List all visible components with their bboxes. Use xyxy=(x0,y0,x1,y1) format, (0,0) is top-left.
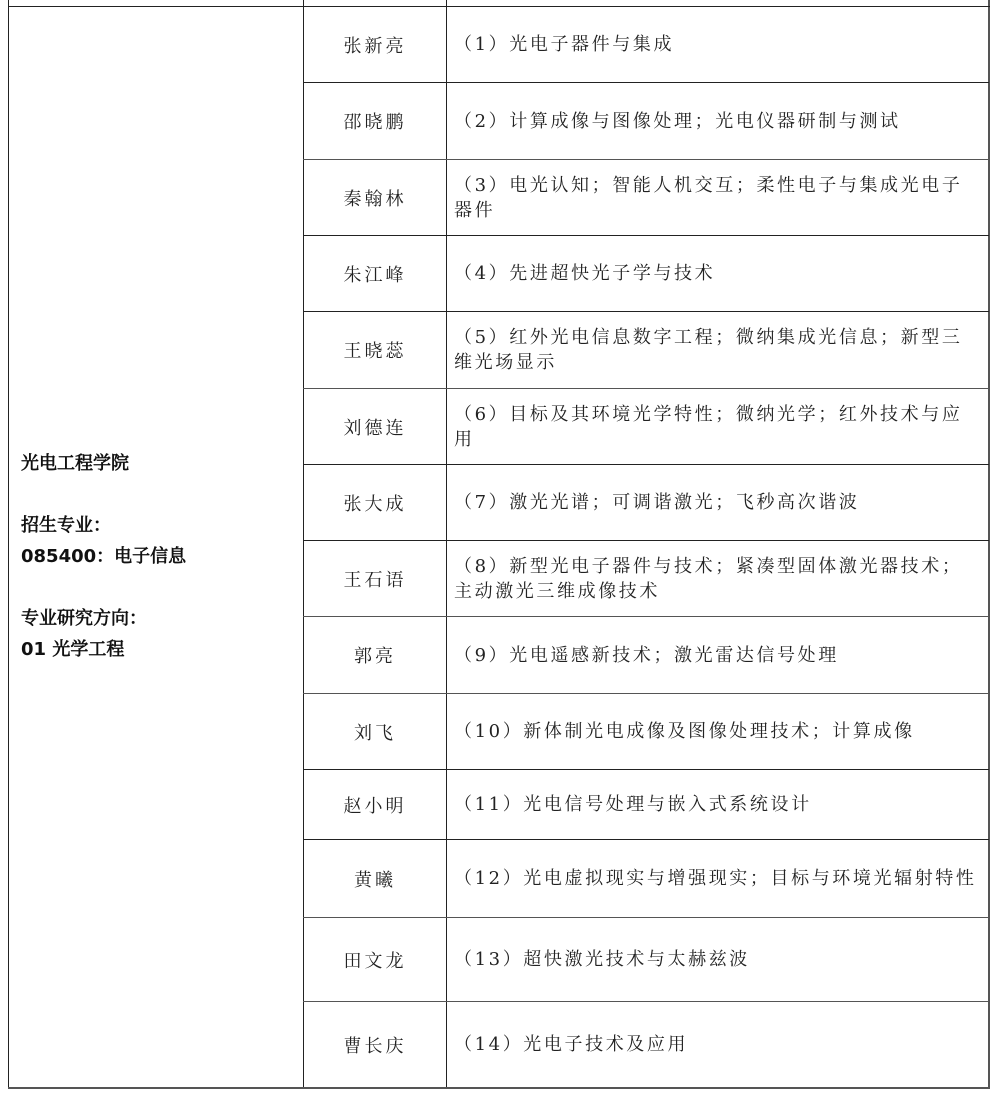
direction-value: 01 光学工程 xyxy=(21,634,186,665)
supervisor-name: 王石语 xyxy=(304,541,446,616)
research-direction-text: （10）新体制光电成像及图像处理技术；计算成像 xyxy=(454,719,915,744)
research-direction: （14）光电子技术及应用 xyxy=(447,1002,988,1087)
table-bottom-line xyxy=(8,1087,990,1089)
supervisor-name: 郭亮 xyxy=(304,617,446,693)
major-value: 085400：电子信息 xyxy=(21,541,186,572)
research-direction-text: （6）目标及其环境光学特性；微纳光学；红外技术与应用 xyxy=(454,402,982,452)
research-direction: （9）光电遥感新技术；激光雷达信号处理 xyxy=(447,617,988,693)
research-direction: （6）目标及其环境光学特性；微纳光学；红外技术与应用 xyxy=(447,389,988,464)
research-direction: （10）新体制光电成像及图像处理技术；计算成像 xyxy=(447,694,988,769)
research-direction-text: （3）电光认知；智能人机交互；柔性电子与集成光电子器件 xyxy=(454,173,982,223)
research-direction-text: （12）光电虚拟现实与增强现实；目标与环境光辐射特性 xyxy=(454,866,977,891)
research-direction: （13）超快激光技术与太赫兹波 xyxy=(447,918,988,1001)
research-direction-text: （7）激光光谱；可调谐激光；飞秒高次谐波 xyxy=(454,490,859,515)
supervisor-name: 刘飞 xyxy=(304,694,446,769)
research-direction-text: （1）光电子器件与集成 xyxy=(454,32,674,57)
direction-label: 专业研究方向： xyxy=(21,603,186,634)
research-direction: （8）新型光电子器件与技术；紧凑型固体激光器技术；主动激光三维成像技术 xyxy=(447,541,988,616)
supervisor-name: 王晓蕊 xyxy=(304,312,446,388)
supervisor-name: 张大成 xyxy=(304,465,446,540)
research-direction-text: （13）超快激光技术与太赫兹波 xyxy=(454,947,750,972)
research-direction-text: （8）新型光电子器件与技术；紧凑型固体激光器技术；主动激光三维成像技术 xyxy=(454,554,982,604)
supervisor-name: 田文龙 xyxy=(304,918,446,1001)
supervisor-name: 朱江峰 xyxy=(304,236,446,311)
major-label: 招生专业： xyxy=(21,510,186,541)
supervisor-name: 秦翰林 xyxy=(304,160,446,235)
research-direction: （11）光电信号处理与嵌入式系统设计 xyxy=(447,770,988,839)
research-direction-text: （9）光电遥感新技术；激光雷达信号处理 xyxy=(454,643,839,668)
supervisor-name: 黄曦 xyxy=(304,840,446,917)
supervisor-name: 曹长庆 xyxy=(304,1002,446,1087)
research-direction-text: （2）计算成像与图像处理；光电仪器研制与测试 xyxy=(454,109,901,134)
research-direction: （1）光电子器件与集成 xyxy=(447,7,988,82)
supervisor-name: 张新亮 xyxy=(304,7,446,82)
supervisor-name: 刘德连 xyxy=(304,389,446,464)
research-direction-text: （11）光电信号处理与嵌入式系统设计 xyxy=(454,792,812,817)
research-direction: （5）红外光电信息数字工程；微纳集成光信息；新型三维光场显示 xyxy=(447,312,988,388)
research-direction: （3）电光认知；智能人机交互；柔性电子与集成光电子器件 xyxy=(447,160,988,235)
research-direction: （7）激光光谱；可调谐激光；飞秒高次谐波 xyxy=(447,465,988,540)
table-border-right xyxy=(988,0,990,1089)
research-direction-text: （4）先进超快光子学与技术 xyxy=(454,261,715,286)
research-direction: （4）先进超快光子学与技术 xyxy=(447,236,988,311)
research-direction: （2）计算成像与图像处理；光电仪器研制与测试 xyxy=(447,83,988,159)
research-direction-text: （5）红外光电信息数字工程；微纳集成光信息；新型三维光场显示 xyxy=(454,325,982,375)
supervisor-name: 邵晓鹏 xyxy=(304,83,446,159)
research-direction-text: （14）光电子技术及应用 xyxy=(454,1032,688,1057)
college-info-cell: 光电工程学院 招生专业： 085400：电子信息 专业研究方向： 01 光学工程 xyxy=(9,8,302,1087)
college-info-text: 光电工程学院 招生专业： 085400：电子信息 专业研究方向： 01 光学工程 xyxy=(21,448,186,665)
research-direction: （12）光电虚拟现实与增强现实；目标与环境光辐射特性 xyxy=(447,840,988,917)
supervisor-name: 赵小明 xyxy=(304,770,446,839)
college-name: 光电工程学院 xyxy=(21,448,186,479)
